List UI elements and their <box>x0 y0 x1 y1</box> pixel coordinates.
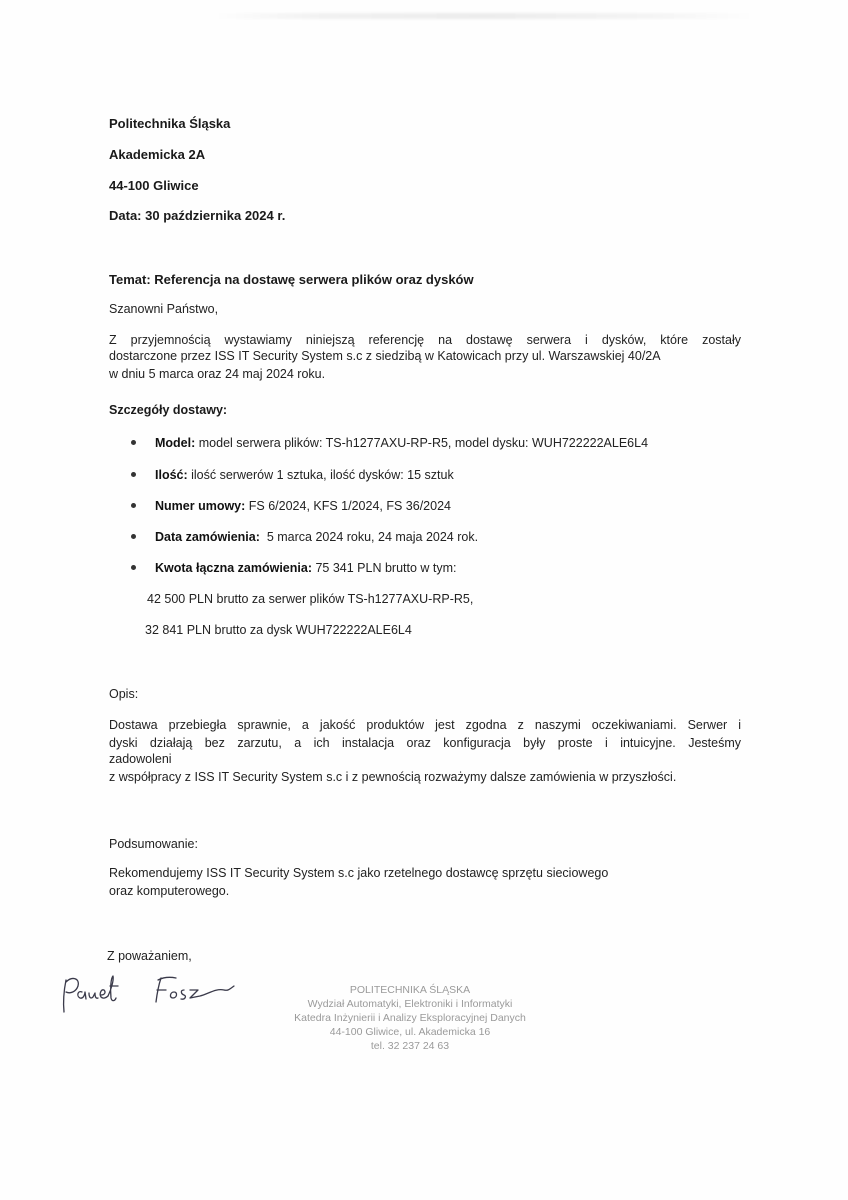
summary-line-1: Rekomendujemy ISS IT Security System s.c… <box>109 866 608 880</box>
breakdown-disks: 32 841 PLN brutto za dysk WUH722222ALE6L… <box>145 623 412 637</box>
detail-item-order-date: Data zamówienia: 5 marca 2024 roku, 24 m… <box>131 530 478 544</box>
recipient-name: Politechnika Śląska <box>109 116 230 131</box>
detail-value: 5 marca 2024 roku, 24 maja 2024 rok. <box>260 530 478 544</box>
detail-value: 75 341 PLN brutto w tym: <box>312 561 457 575</box>
bullet-icon <box>131 503 136 508</box>
recipient-street: Akademicka 2A <box>109 147 205 162</box>
description-line-4: z współpracy z ISS IT Security System s.… <box>109 770 676 784</box>
bullet-icon <box>131 534 136 539</box>
document-page: Politechnika Śląska Akademicka 2A 44-100… <box>0 0 848 1200</box>
closing: Z poważaniem, <box>107 949 192 963</box>
intro-line-1: Z przyjemnością wystawiamy niniejszą ref… <box>109 331 741 349</box>
detail-item-model: Model: model serwera plików: TS-h1277AXU… <box>131 436 648 450</box>
greeting: Szanowni Państwo, <box>109 302 218 316</box>
description-line-3: zadowoleni <box>109 752 172 766</box>
detail-label: Ilość: <box>155 468 188 482</box>
detail-label: Model: <box>155 436 195 450</box>
breakdown-server: 42 500 PLN brutto za serwer plików TS-h1… <box>147 592 473 606</box>
handwritten-signature <box>58 968 238 1023</box>
stamp-line-2: Wydział Automatyki, Elektroniki i Inform… <box>265 997 555 1011</box>
summary-heading: Podsumowanie: <box>109 837 198 851</box>
summary-line-2: oraz komputerowego. <box>109 884 229 898</box>
recipient-city: 44-100 Gliwice <box>109 178 199 193</box>
bullet-icon <box>131 565 136 570</box>
detail-label: Kwota łączna zamówienia: <box>155 561 312 575</box>
detail-label: Data zamówienia: <box>155 530 260 544</box>
document-date: Data: 30 października 2024 r. <box>109 208 285 223</box>
signature-icon <box>58 968 238 1018</box>
intro-line-2: dostarczone przez ISS IT Security System… <box>109 349 661 363</box>
bullet-icon <box>131 440 136 445</box>
detail-item-contract: Numer umowy: FS 6/2024, KFS 1/2024, FS 3… <box>131 499 451 513</box>
detail-value: ilość serwerów 1 sztuka, ilość dysków: 1… <box>188 468 454 482</box>
intro-line-3: w dniu 5 marca oraz 24 maj 2024 roku. <box>109 367 325 381</box>
description-line-1: Dostawa przebiegła sprawnie, a jakość pr… <box>109 716 741 734</box>
stamp-line-5: tel. 32 237 24 63 <box>265 1039 555 1053</box>
subject-line: Temat: Referencja na dostawę serwera pli… <box>109 272 474 287</box>
stamp-line-3: Katedra Inżynierii i Analizy Eksploracyj… <box>265 1011 555 1025</box>
stamp-line-1: POLITECHNIKA ŚLĄSKA <box>265 983 555 997</box>
bullet-icon <box>131 472 136 477</box>
description-heading: Opis: <box>109 687 138 701</box>
detail-item-quantity: Ilość: ilość serwerów 1 sztuka, ilość dy… <box>131 468 454 482</box>
details-heading: Szczegóły dostawy: <box>109 403 227 417</box>
detail-item-total: Kwota łączna zamówienia: 75 341 PLN brut… <box>131 561 457 575</box>
detail-label: Numer umowy: <box>155 499 245 513</box>
institution-stamp: POLITECHNIKA ŚLĄSKA Wydział Automatyki, … <box>265 983 555 1053</box>
description-line-2: dyski działają bez zarzutu, a ich instal… <box>109 734 741 752</box>
detail-value: model serwera plików: TS-h1277AXU-RP-R5,… <box>195 436 648 450</box>
detail-value: FS 6/2024, KFS 1/2024, FS 36/2024 <box>245 499 451 513</box>
stamp-line-4: 44-100 Gliwice, ul. Akademicka 16 <box>265 1025 555 1039</box>
scan-artifact <box>215 13 755 19</box>
